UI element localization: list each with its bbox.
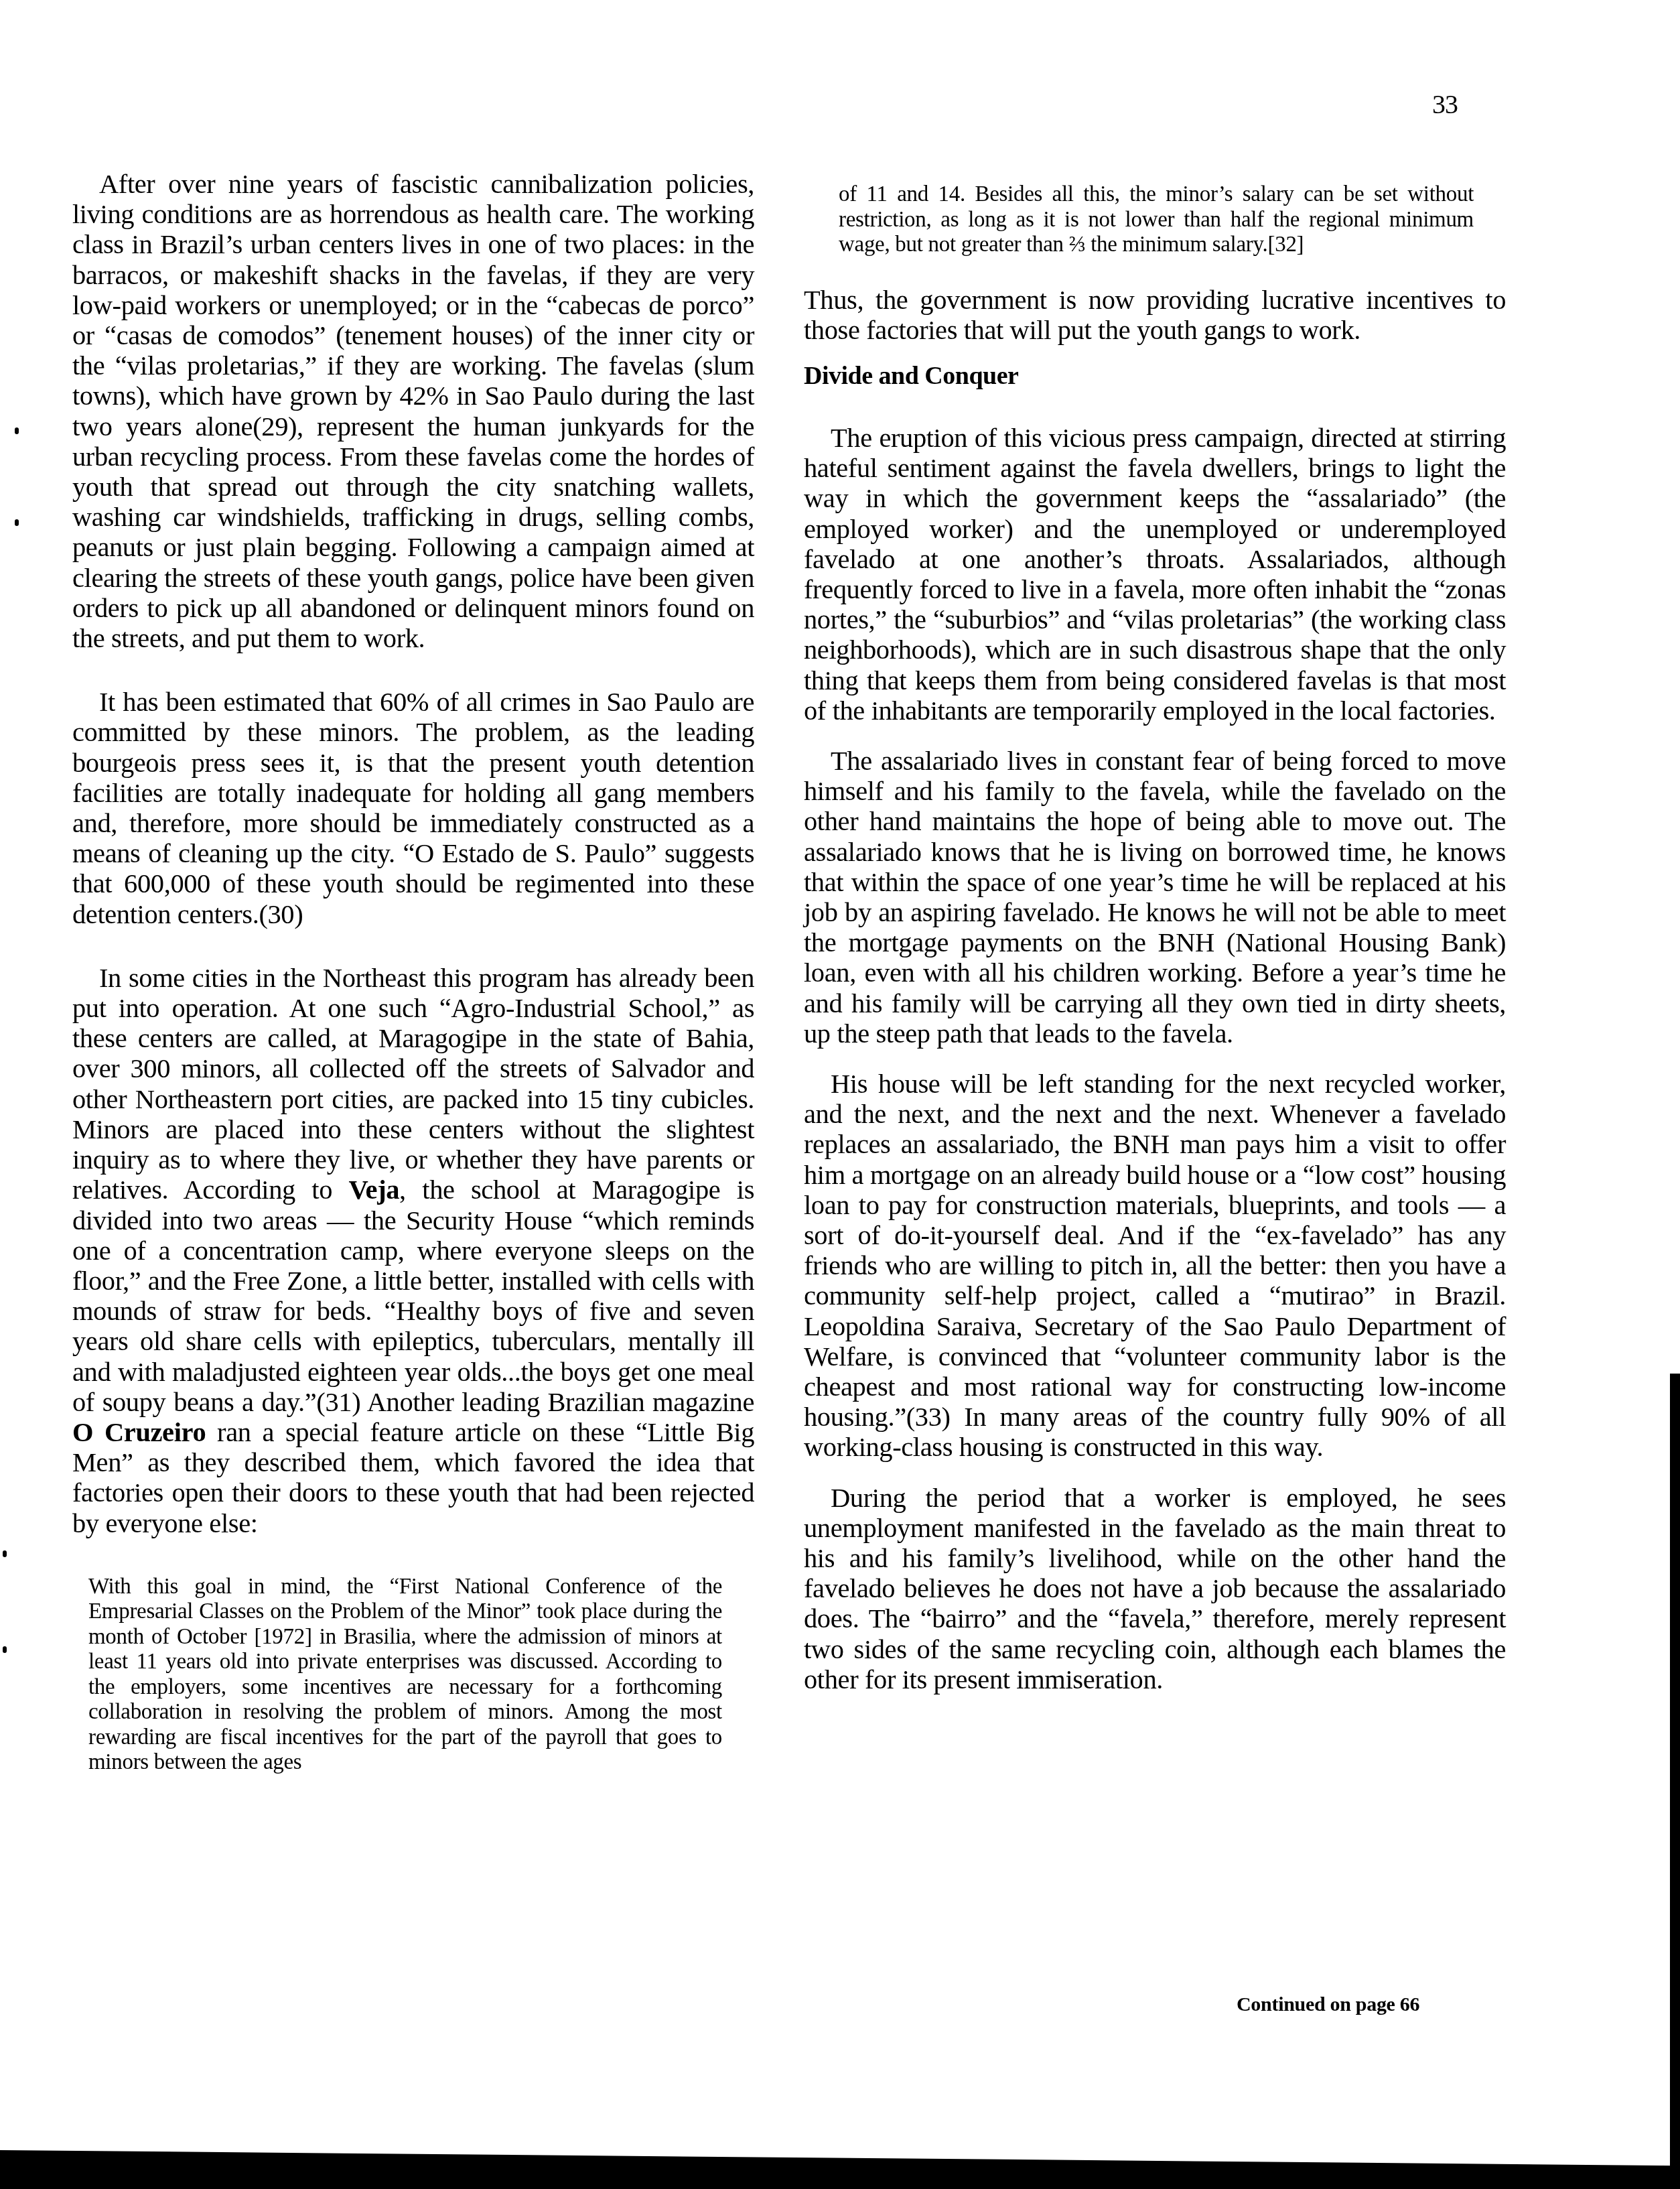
- body-paragraph: During the period that a worker is emplo…: [804, 1483, 1506, 1695]
- magazine-name-veja: Veja: [348, 1175, 399, 1205]
- left-column: After over nine years of fascistic canni…: [72, 169, 754, 1776]
- block-quote: With this goal in mind, the “First Natio…: [88, 1575, 722, 1776]
- margin-mark-icon: [3, 1550, 7, 1557]
- margin-mark-icon: [15, 519, 19, 526]
- scan-edge-bottom: [0, 2150, 1680, 2189]
- continued-note: Continued on page 66: [1237, 1993, 1419, 2016]
- body-paragraph: Thus, the government is now providing lu…: [804, 285, 1506, 345]
- margin-mark-icon: [3, 1646, 7, 1653]
- page-number: 33: [1432, 88, 1458, 120]
- block-quote-continued: of 11 and 14. Besides all this, the mino…: [839, 182, 1474, 258]
- body-paragraph: It has been estimated that 60% of all cr…: [72, 687, 754, 929]
- body-paragraph: The eruption of this vicious press campa…: [804, 423, 1506, 726]
- paragraph-text: , the school at Maragogipe is divided in…: [72, 1175, 754, 1416]
- paragraph-text: In some cities in the Northeast this pro…: [72, 963, 754, 1205]
- section-heading: Divide and Conquer: [804, 361, 1506, 391]
- body-paragraph: In some cities in the Northeast this pro…: [72, 963, 754, 1538]
- right-column: of 11 and 14. Besides all this, the mino…: [804, 182, 1506, 1695]
- magazine-name-o-cruzeiro: O Cruzeiro: [72, 1417, 206, 1447]
- body-paragraph: After over nine years of fascistic canni…: [72, 169, 754, 653]
- scan-edge-right: [1670, 1374, 1680, 2189]
- body-paragraph: The assalariado lives in constant fear o…: [804, 746, 1506, 1049]
- body-paragraph: His house will be left standing for the …: [804, 1069, 1506, 1463]
- margin-mark-icon: [15, 427, 19, 434]
